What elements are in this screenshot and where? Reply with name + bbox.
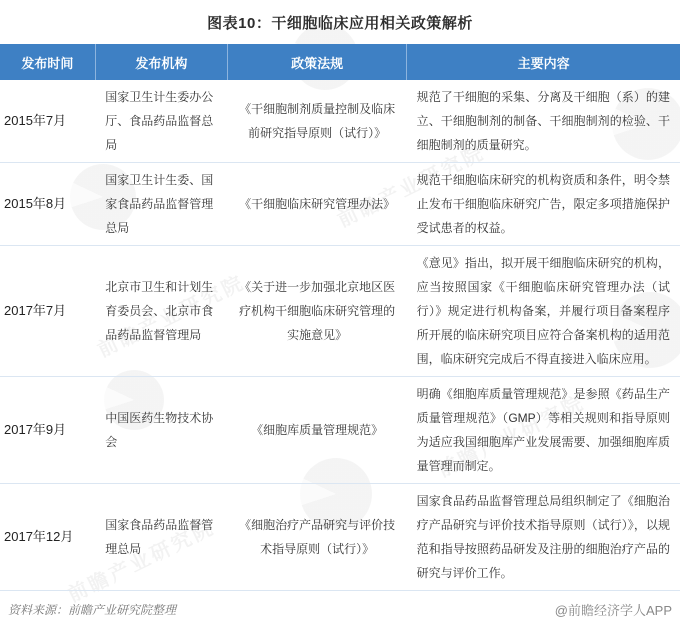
brand-credit: @前瞻经济学人APP [555, 600, 672, 619]
cell-main-content: 国家食品药品监督管理总局组织制定了《细胞治疗产品研究与评价技术指导原则（试行）》… [407, 484, 680, 591]
header-cell-publish-time: 发布时间 [0, 44, 95, 80]
cell-publish-time: 2015年7月 [0, 80, 95, 163]
table-row: 2015年7月 国家卫生计生委办公厅、食品药品监督总局 《干细胞制剂质量控制及临… [0, 80, 680, 163]
cell-publish-time: 2015年8月 [0, 163, 95, 246]
figure-footer: 资料来源：前瞻产业研究院整理 @前瞻经济学人APP [0, 591, 680, 619]
cell-main-content: 明确《细胞库质量管理规范》是参照《药品生产质量管理规范》（GMP）等相关规则和指… [407, 377, 680, 484]
table-row: 2017年7月 北京市卫生和计划生育委员会、北京市食品药品监督管理局 《关于进一… [0, 246, 680, 377]
header-cell-policy: 政策法规 [228, 44, 407, 80]
table-header-row: 发布时间 发布机构 政策法规 主要内容 [0, 44, 680, 80]
cell-publish-time: 2017年12月 [0, 484, 95, 591]
cell-publish-org: 国家食品药品监督管理总局 [95, 484, 227, 591]
figure-page: 前瞻产业研究院 前瞻产业研究院 前瞻产业研究院 前瞻产业研究院 图表10：干细胞… [0, 0, 680, 619]
cell-policy: 《细胞治疗产品研究与评价技术指导原则（试行）》 [228, 484, 407, 591]
figure-title: 图表10：干细胞临床应用相关政策解析 [0, 0, 680, 33]
cell-publish-time: 2017年7月 [0, 246, 95, 377]
table-row: 2015年8月 国家卫生计生委、国家食品药品监督管理总局 《干细胞临床研究管理办… [0, 163, 680, 246]
header-cell-publish-org: 发布机构 [95, 44, 227, 80]
cell-publish-org: 国家卫生计生委、国家食品药品监督管理总局 [95, 163, 227, 246]
cell-main-content: 规范干细胞临床研究的机构资质和条件，明令禁止发布干细胞临床研究广告，限定多项措施… [407, 163, 680, 246]
cell-policy: 《关于进一步加强北京地区医疗机构干细胞临床研究管理的实施意见》 [228, 246, 407, 377]
cell-publish-org: 中国医药生物技术协会 [95, 377, 227, 484]
cell-publish-time: 2017年9月 [0, 377, 95, 484]
policy-table: 发布时间 发布机构 政策法规 主要内容 2015年7月 国家卫生计生委办公厅、食… [0, 44, 680, 591]
cell-publish-org: 国家卫生计生委办公厅、食品药品监督总局 [95, 80, 227, 163]
cell-policy: 《细胞库质量管理规范》 [228, 377, 407, 484]
cell-main-content: 《意见》指出，拟开展干细胞临床研究的机构，应当按照国家《干细胞临床研究管理办法（… [407, 246, 680, 377]
cell-main-content: 规范了干细胞的采集、分离及干细胞（系）的建立、干细胞制剂的制备、干细胞制剂的检验… [407, 80, 680, 163]
table-row: 2017年9月 中国医药生物技术协会 《细胞库质量管理规范》 明确《细胞库质量管… [0, 377, 680, 484]
cell-publish-org: 北京市卫生和计划生育委员会、北京市食品药品监督管理局 [95, 246, 227, 377]
cell-policy: 《干细胞临床研究管理办法》 [228, 163, 407, 246]
header-cell-main-content: 主要内容 [407, 44, 680, 80]
cell-policy: 《干细胞制剂质量控制及临床前研究指导原则（试行）》 [228, 80, 407, 163]
table-row: 2017年12月 国家食品药品监督管理总局 《细胞治疗产品研究与评价技术指导原则… [0, 484, 680, 591]
data-source-note: 资料来源：前瞻产业研究院整理 [8, 601, 176, 618]
